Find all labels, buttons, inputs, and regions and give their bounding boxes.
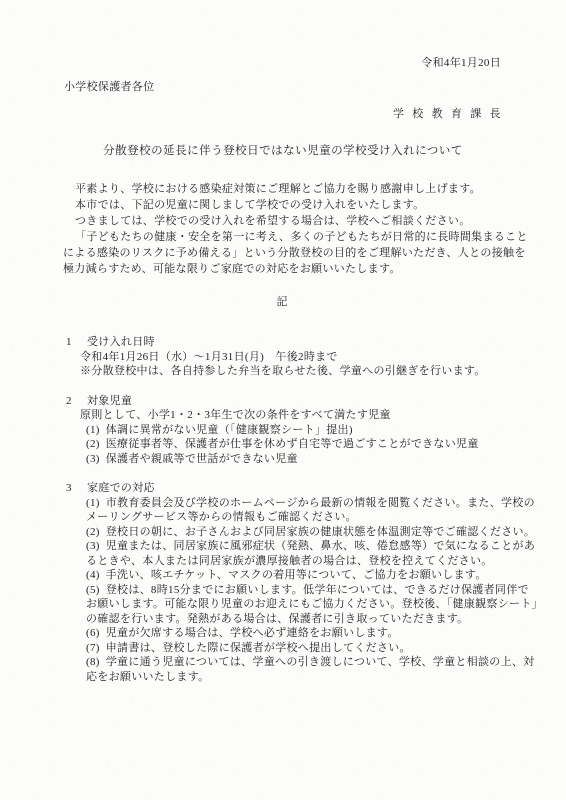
- section-heading: 1受け入れ日時: [0, 335, 566, 350]
- list-item: (7)申請書は、登校した際に保護者が学校へ提出してください。: [0, 641, 566, 656]
- item-label: (8): [86, 656, 100, 668]
- item-text: 児童が欠席する場合は、学校へ必ず連絡をお願いします。: [106, 627, 399, 639]
- item-text: 児童または、同居家族に風邪症状（発熱、鼻水、咳、倦怠感等）で気になることがあると…: [86, 540, 535, 567]
- item-label: (2): [86, 526, 100, 538]
- list-item: (3)保護者や親戚等で世話ができない児童: [0, 452, 566, 467]
- section-line: 原則として、小学1・2・3年生で次の条件をすべて満たす児童: [0, 408, 566, 423]
- intro-paragraph: 本市では、下記の児童に関しまして学校での受け入れをいたします。: [63, 197, 534, 213]
- section-heading: 2対象児童: [0, 394, 566, 409]
- intro-paragraphs: 平素より、学校における感染症対策にご理解とご協力を賜り感謝申し上げます。 本市で…: [63, 181, 534, 277]
- item-label: (3): [86, 540, 100, 552]
- section-line: ※分散登校中は、各自持参した弁当を取らせた後、学童への引継ぎを行います。: [0, 364, 566, 379]
- section-heading-label: 受け入れ日時: [87, 336, 155, 348]
- item-label: (1): [86, 497, 100, 509]
- item-text: 手洗い、咳エチケット、マスクの着用等について、ご協力をお願いします。: [106, 569, 487, 581]
- sender-line: 学 校 教 育 課 長: [0, 107, 566, 121]
- item-text: 体調に異常がない児童（「健康観察シート」提出): [106, 424, 353, 436]
- section-number: 2: [66, 394, 87, 409]
- section-home-measures: 3家庭での対応 (1)市教育委員会及び学校のホームページから最新の情報を閲覧くだ…: [0, 481, 566, 684]
- section-line: 令和4年1月26日（水）～1月31日(月) 午後2時まで: [0, 350, 566, 365]
- section-number: 1: [66, 335, 87, 350]
- list-item: (1)市教育委員会及び学校のホームページから最新の情報を閲覧ください。また、学校…: [0, 496, 566, 525]
- item-label: (7): [86, 642, 100, 654]
- item-label: (6): [86, 627, 100, 639]
- document-title: 分散登校の延長に伴う登校日ではない児童の学校受け入れについて: [0, 144, 566, 159]
- item-text: 申請書は、登校した際に保護者が学校へ提出してください。: [106, 642, 411, 654]
- item-label: (5): [86, 584, 100, 596]
- section-heading-label: 対象児童: [87, 395, 132, 407]
- list-item: (6)児童が欠席する場合は、学校へ必ず連絡をお願いします。: [0, 626, 566, 641]
- list-item: (8)学童に通う児童については、学童への引き渡しについて、学校、学童と相談の上、…: [0, 655, 566, 684]
- intro-paragraph: 「子どもたちの健康・安全を第一に考え、多くの子どもたちが日常的に長時間集まること…: [63, 229, 534, 277]
- item-text: 医療従事者等、保護者が仕事を休めず自宅等で過ごすことができない児童: [106, 438, 479, 450]
- sections: 1受け入れ日時 令和4年1月26日（水）～1月31日(月) 午後2時まで ※分散…: [0, 335, 566, 684]
- document-date: 令和4年1月20日: [0, 56, 566, 70]
- item-label: (4): [86, 569, 100, 581]
- item-text: 登校日の朝に、お子さんおよび同居家族の健康状態を体温測定等でご確認ください。: [106, 526, 535, 538]
- section-eligible-children: 2対象児童 原則として、小学1・2・3年生で次の条件をすべて満たす児童 (1)体…: [0, 394, 566, 467]
- section-acceptance-datetime: 1受け入れ日時 令和4年1月26日（水）～1月31日(月) 午後2時まで ※分散…: [0, 335, 566, 379]
- list-item: (1)体調に異常がない児童（「健康観察シート」提出): [0, 423, 566, 438]
- item-text: 市教育委員会及び学校のホームページから最新の情報を閲覧ください。また、学校のメー…: [86, 497, 535, 524]
- section-number: 3: [66, 481, 87, 496]
- section-heading: 3家庭での対応: [0, 481, 566, 496]
- list-item: (4)手洗い、咳エチケット、マスクの着用等について、ご協力をお願いします。: [0, 568, 566, 583]
- item-label: (3): [86, 453, 100, 465]
- list-item: (2)医療従事者等、保護者が仕事を休めず自宅等で過ごすことができない児童: [0, 437, 566, 452]
- recipient-line: 小学校保護者各位: [64, 80, 566, 94]
- item-label: (1): [86, 424, 100, 436]
- item-text: 登校は、8時15分までにお願いします。低学年については、できるだけ保護者同伴でお…: [86, 584, 537, 625]
- intro-paragraph: 平素より、学校における感染症対策にご理解とご協力を賜り感謝申し上げます。: [63, 181, 534, 197]
- item-text: 学童に通う児童については、学童への引き渡しについて、学校、学童と相談の上、対応を…: [86, 656, 534, 683]
- section-heading-label: 家庭での対応: [87, 482, 155, 494]
- list-item: (2)登校日の朝に、お子さんおよび同居家族の健康状態を体温測定等でご確認ください…: [0, 525, 566, 540]
- scanned-letter-page: 令和4年1月20日 小学校保護者各位 学 校 教 育 課 長 分散登校の延長に伴…: [0, 0, 566, 800]
- list-item: (5)登校は、8時15分までにお願いします。低学年については、できるだけ保護者同…: [0, 583, 566, 627]
- item-text: 保護者や親戚等で世話ができない児童: [106, 453, 298, 465]
- item-label: (2): [86, 438, 100, 450]
- record-marker: 記: [0, 295, 566, 310]
- intro-paragraph: つきましては、学校での受け入れを希望する場合は、学校へご相談ください。: [63, 213, 534, 229]
- list-item: (3)児童または、同居家族に風邪症状（発熱、鼻水、咳、倦怠感等）で気になることが…: [0, 539, 566, 568]
